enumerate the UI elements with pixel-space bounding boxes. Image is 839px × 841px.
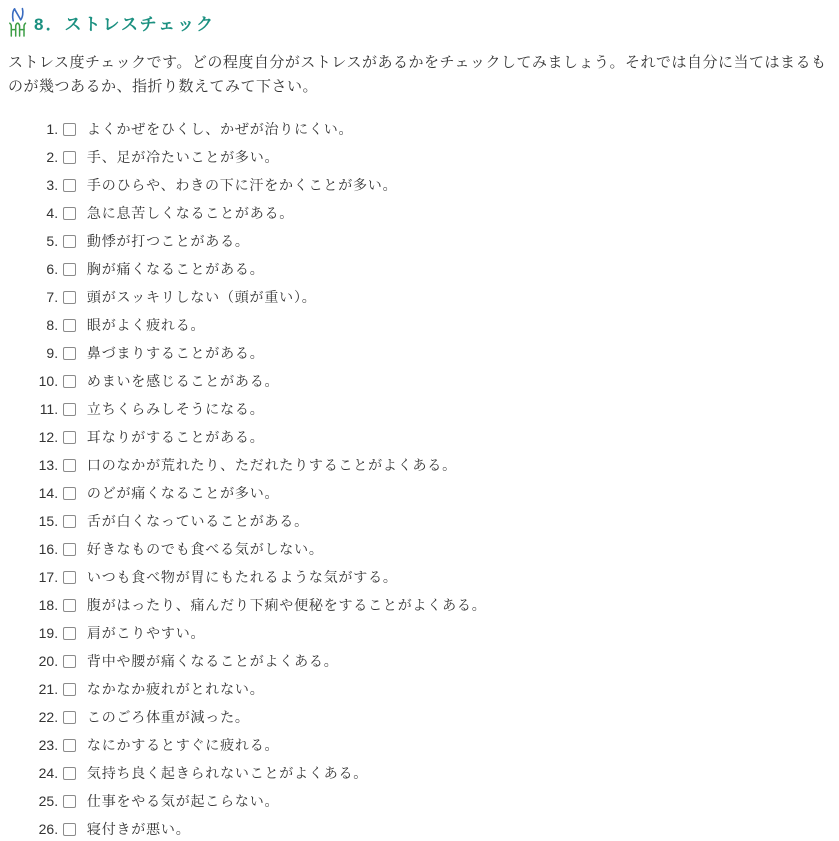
item-checkbox[interactable] bbox=[63, 151, 76, 164]
item-checkbox[interactable] bbox=[63, 655, 76, 668]
item-label: 手、足が冷たいことが多い。 bbox=[87, 149, 279, 165]
item-label: 肩がこりやすい。 bbox=[87, 625, 205, 641]
item-label: のどが痛くなることが多い。 bbox=[87, 485, 279, 501]
item-label: 手のひらや、わきの下に汗をかくことが多い。 bbox=[87, 177, 398, 193]
item-checkbox[interactable] bbox=[63, 487, 76, 500]
item-checkbox[interactable] bbox=[63, 767, 76, 780]
item-label: なかなか疲れがとれない。 bbox=[87, 681, 265, 697]
checklist-item: 舌が白くなっていることがある。 bbox=[62, 512, 835, 531]
item-label: よくかぜをひくし、かぜが治りにくい。 bbox=[87, 121, 353, 137]
item-checkbox[interactable] bbox=[63, 123, 76, 136]
checklist-item: 眼がよく疲れる。 bbox=[62, 316, 835, 335]
checklist-item: よくかぜをひくし、かぜが治りにくい。 bbox=[62, 120, 835, 139]
page-title: 8．ストレスチェック bbox=[34, 10, 215, 35]
item-checkbox[interactable] bbox=[63, 207, 76, 220]
checklist-item: このごろ体重が減った。 bbox=[62, 708, 835, 727]
checklist-item: 肩がこりやすい。 bbox=[62, 624, 835, 643]
checklist-item: 腹がはったり、痛んだり下痢や便秘をすることがよくある。 bbox=[62, 596, 835, 615]
item-label: このごろ体重が減った。 bbox=[87, 709, 250, 725]
item-label: いつも食べ物が胃にもたれるような気がする。 bbox=[87, 569, 398, 585]
item-checkbox[interactable] bbox=[63, 683, 76, 696]
checklist-item: 鼻づまりすることがある。 bbox=[62, 344, 835, 363]
item-label: 口のなかが荒れたり、ただれたりすることがよくある。 bbox=[87, 457, 457, 473]
checklist-item: 寝付きが悪い。 bbox=[62, 820, 835, 839]
intro-text: ストレス度チェックです。どの程度自分がストレスがあるかをチェックしてみましょう。… bbox=[8, 51, 835, 99]
checklist-item: 立ちくらみしそうになる。 bbox=[62, 400, 835, 419]
item-label: 寝付きが悪い。 bbox=[87, 821, 191, 837]
checklist-item: 頭がスッキリしない（頭が重い）。 bbox=[62, 288, 835, 307]
item-label: 立ちくらみしそうになる。 bbox=[87, 401, 265, 417]
item-checkbox[interactable] bbox=[63, 375, 76, 388]
item-checkbox[interactable] bbox=[63, 711, 76, 724]
checklist-item: 耳なりがすることがある。 bbox=[62, 428, 835, 447]
item-checkbox[interactable] bbox=[63, 515, 76, 528]
item-checkbox[interactable] bbox=[63, 403, 76, 416]
item-checkbox[interactable] bbox=[63, 235, 76, 248]
item-label: 仕事をやる気が起こらない。 bbox=[87, 793, 279, 809]
checklist-item: なかなか疲れがとれない。 bbox=[62, 680, 835, 699]
item-label: 耳なりがすることがある。 bbox=[87, 429, 265, 445]
item-label: 好きなものでも食べる気がしない。 bbox=[87, 541, 324, 557]
item-checkbox[interactable] bbox=[63, 263, 76, 276]
item-label: 気持ち良く起きられないことがよくある。 bbox=[87, 765, 368, 781]
checklist-item: なにかするとすぐに疲れる。 bbox=[62, 736, 835, 755]
page-header: 8．ストレスチェック bbox=[8, 6, 835, 38]
checklist-item: 手のひらや、わきの下に汗をかくことが多い。 bbox=[62, 176, 835, 195]
checklist-item: 気持ち良く起きられないことがよくある。 bbox=[62, 764, 835, 783]
checklist-item: 胸が痛くなることがある。 bbox=[62, 260, 835, 279]
item-label: めまいを感じることがある。 bbox=[87, 373, 279, 389]
item-checkbox[interactable] bbox=[63, 291, 76, 304]
item-label: 舌が白くなっていることがある。 bbox=[87, 513, 309, 529]
checklist-item: 仕事をやる気が起こらない。 bbox=[62, 792, 835, 811]
item-label: 眼がよく疲れる。 bbox=[87, 317, 205, 333]
item-checkbox[interactable] bbox=[63, 627, 76, 640]
item-checkbox[interactable] bbox=[63, 543, 76, 556]
logo-sprout-icon bbox=[8, 7, 27, 37]
item-label: 頭がスッキリしない（頭が重い）。 bbox=[87, 289, 317, 305]
checklist-item: 口のなかが荒れたり、ただれたりすることがよくある。 bbox=[62, 456, 835, 475]
item-checkbox[interactable] bbox=[63, 823, 76, 836]
item-checkbox[interactable] bbox=[63, 431, 76, 444]
item-label: 動悸が打つことがある。 bbox=[87, 233, 250, 249]
checklist-item: めまいを感じることがある。 bbox=[62, 372, 835, 391]
checklist-item: いつも食べ物が胃にもたれるような気がする。 bbox=[62, 568, 835, 587]
checklist-item: 好きなものでも食べる気がしない。 bbox=[62, 540, 835, 559]
item-checkbox[interactable] bbox=[63, 319, 76, 332]
item-checkbox[interactable] bbox=[63, 599, 76, 612]
item-label: 胸が痛くなることがある。 bbox=[87, 261, 265, 277]
item-checkbox[interactable] bbox=[63, 347, 76, 360]
checklist-item: 動悸が打つことがある。 bbox=[62, 232, 835, 251]
item-checkbox[interactable] bbox=[63, 795, 76, 808]
stress-checklist: よくかぜをひくし、かぜが治りにくい。 手、足が冷たいことが多い。 手のひらや、わ… bbox=[8, 120, 835, 839]
item-checkbox[interactable] bbox=[63, 459, 76, 472]
item-label: 背中や腰が痛くなることがよくある。 bbox=[87, 653, 339, 669]
checklist-item: 手、足が冷たいことが多い。 bbox=[62, 148, 835, 167]
item-label: 鼻づまりすることがある。 bbox=[87, 345, 265, 361]
item-checkbox[interactable] bbox=[63, 571, 76, 584]
checklist-item: 急に息苦しくなることがある。 bbox=[62, 204, 835, 223]
item-label: 急に息苦しくなることがある。 bbox=[87, 205, 294, 221]
item-label: 腹がはったり、痛んだり下痢や便秘をすることがよくある。 bbox=[87, 597, 487, 613]
item-checkbox[interactable] bbox=[63, 739, 76, 752]
item-label: なにかするとすぐに疲れる。 bbox=[87, 737, 279, 753]
item-checkbox[interactable] bbox=[63, 179, 76, 192]
checklist-item: のどが痛くなることが多い。 bbox=[62, 484, 835, 503]
checklist-item: 背中や腰が痛くなることがよくある。 bbox=[62, 652, 835, 671]
